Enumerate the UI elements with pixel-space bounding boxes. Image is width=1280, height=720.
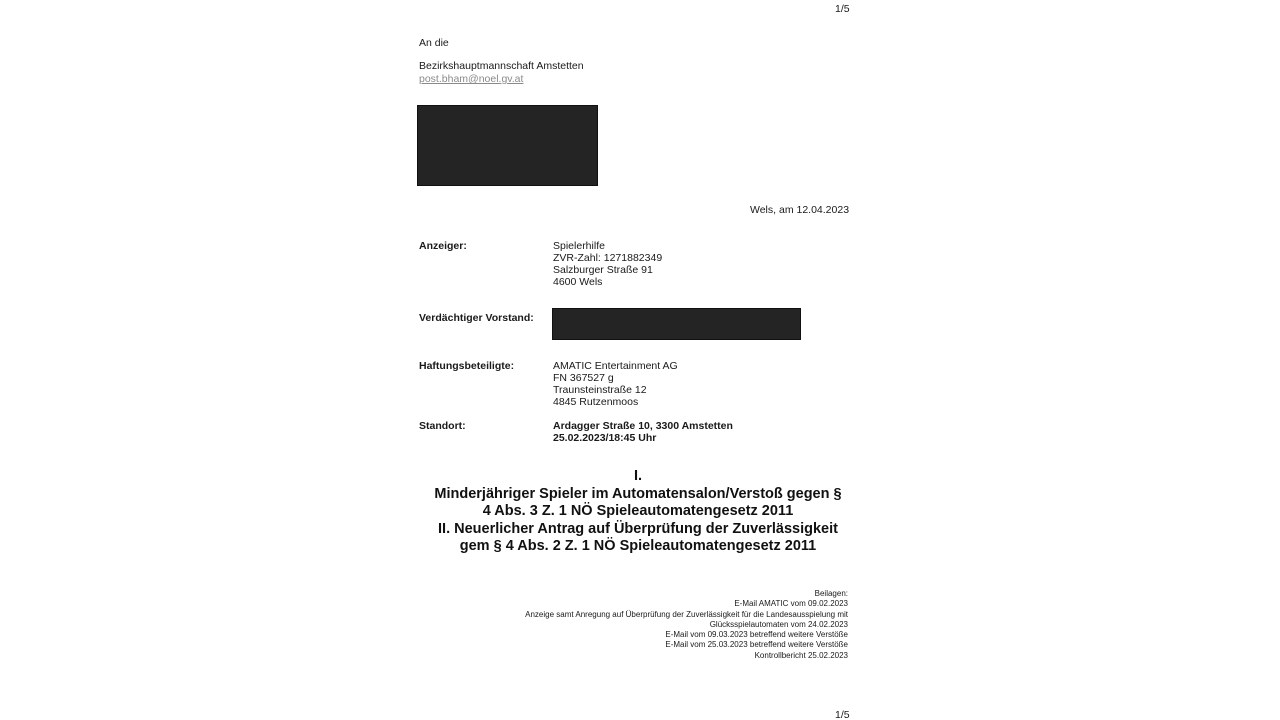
haftung-label: Haftungsbeteiligte:	[419, 360, 514, 372]
title-line: 4 Abs. 3 Z. 1 NÖ Spieleautomatengesetz 2…	[410, 503, 866, 521]
anzeiger-line: ZVR-Zahl: 1271882349	[553, 252, 662, 264]
page-number-bottom: 1/5	[835, 709, 850, 720]
recipient-name: Bezirkshauptmannschaft Amstetten	[419, 60, 584, 72]
attachments-heading: Beilagen:	[525, 589, 848, 599]
anzeiger-line: Spielerhilfe	[553, 240, 662, 252]
attachment-item: E-Mail AMATIC vom 09.02.2023	[525, 599, 848, 609]
attachments-list: Beilagen: E-Mail AMATIC vom 09.02.2023 A…	[525, 589, 848, 661]
haftung-line: FN 367527 g	[553, 372, 678, 384]
attachment-item: Kontrollbericht 25.02.2023	[525, 651, 848, 661]
attachment-item: E-Mail vom 25.03.2023 betreffend weitere…	[525, 640, 848, 650]
anzeiger-line: 4600 Wels	[553, 276, 662, 288]
redacted-block-vorstand	[552, 308, 801, 340]
redacted-block-address	[417, 105, 598, 186]
standort-label: Standort:	[419, 420, 466, 432]
recipient-intro: An die	[419, 37, 449, 49]
attachment-item: E-Mail vom 09.03.2023 betreffend weitere…	[525, 630, 848, 640]
anzeiger-label: Anzeiger:	[419, 240, 467, 252]
recipient-email-link[interactable]: post.bham@noel.gv.at	[419, 73, 523, 85]
page-number-top: 1/5	[835, 3, 850, 15]
haftung-line: Traunsteinstraße 12	[553, 384, 678, 396]
attachment-item: Glücksspielautomaten vom 24.02.2023	[525, 620, 848, 630]
title-line: gem § 4 Abs. 2 Z. 1 NÖ Spieleautomatenge…	[410, 538, 866, 556]
anzeiger-value: Spielerhilfe ZVR-Zahl: 1271882349 Salzbu…	[553, 240, 662, 288]
haftung-value: AMATIC Entertainment AG FN 367527 g Trau…	[553, 360, 678, 408]
standort-value: Ardagger Straße 10, 3300 Amstetten 25.02…	[553, 420, 733, 444]
title-line: I.	[410, 468, 866, 486]
standort-line: Ardagger Straße 10, 3300 Amstetten	[553, 420, 733, 432]
title-line: Minderjähriger Spieler im Automatensalon…	[410, 486, 866, 504]
document-title: I. Minderjähriger Spieler im Automatensa…	[410, 468, 866, 556]
vorstand-label: Verdächtiger Vorstand:	[419, 312, 534, 324]
haftung-line: 4845 Rutzenmoos	[553, 396, 678, 408]
haftung-line: AMATIC Entertainment AG	[553, 360, 678, 372]
place-date: Wels, am 12.04.2023	[750, 204, 849, 216]
standort-line: 25.02.2023/18:45 Uhr	[553, 432, 733, 444]
attachment-item: Anzeige samt Anregung auf Überprüfung de…	[525, 610, 848, 620]
anzeiger-line: Salzburger Straße 91	[553, 264, 662, 276]
title-line: II. Neuerlicher Antrag auf Überprüfung d…	[410, 521, 866, 539]
